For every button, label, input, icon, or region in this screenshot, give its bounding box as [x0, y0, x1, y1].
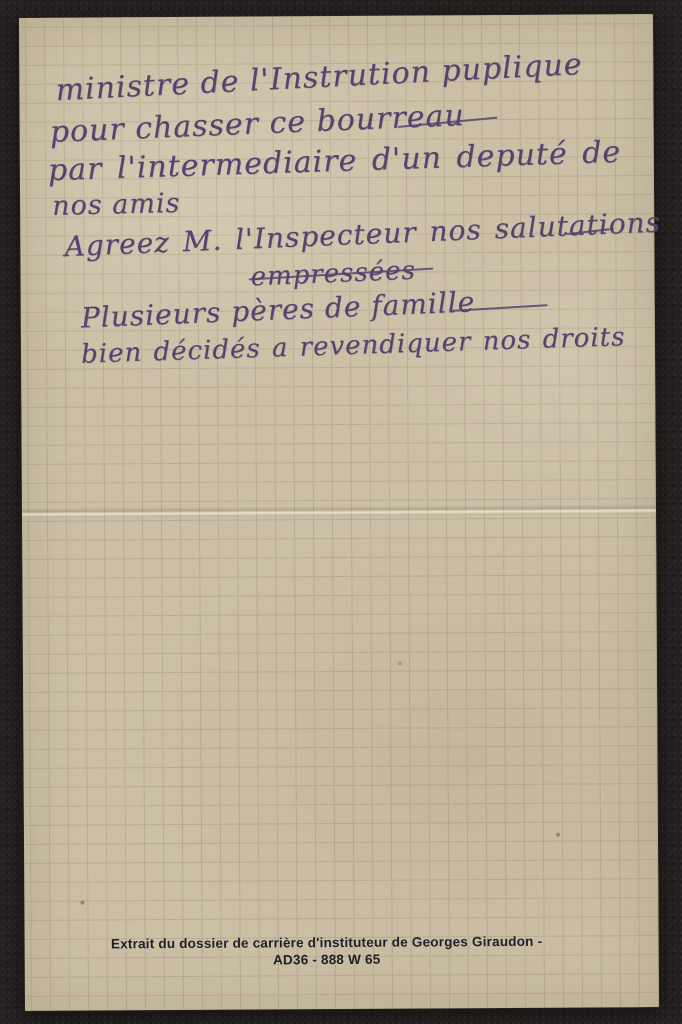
scan-background: ministre de l'Instrution puplique pour c…	[0, 0, 682, 1024]
handwritten-line-7: Plusieurs pères de famille	[80, 285, 476, 334]
handwritten-line-1: ministre de l'Instrution puplique	[55, 47, 584, 108]
fold-crease	[22, 504, 656, 519]
letter-page: ministre de l'Instrution puplique pour c…	[19, 14, 659, 1011]
paper-speck	[556, 833, 560, 837]
archive-caption: Extrait du dossier de carrière d'institu…	[25, 932, 629, 970]
paper-speck	[398, 662, 402, 666]
paper-speck	[80, 901, 84, 905]
handwritten-line-4: nos amis	[52, 188, 181, 222]
